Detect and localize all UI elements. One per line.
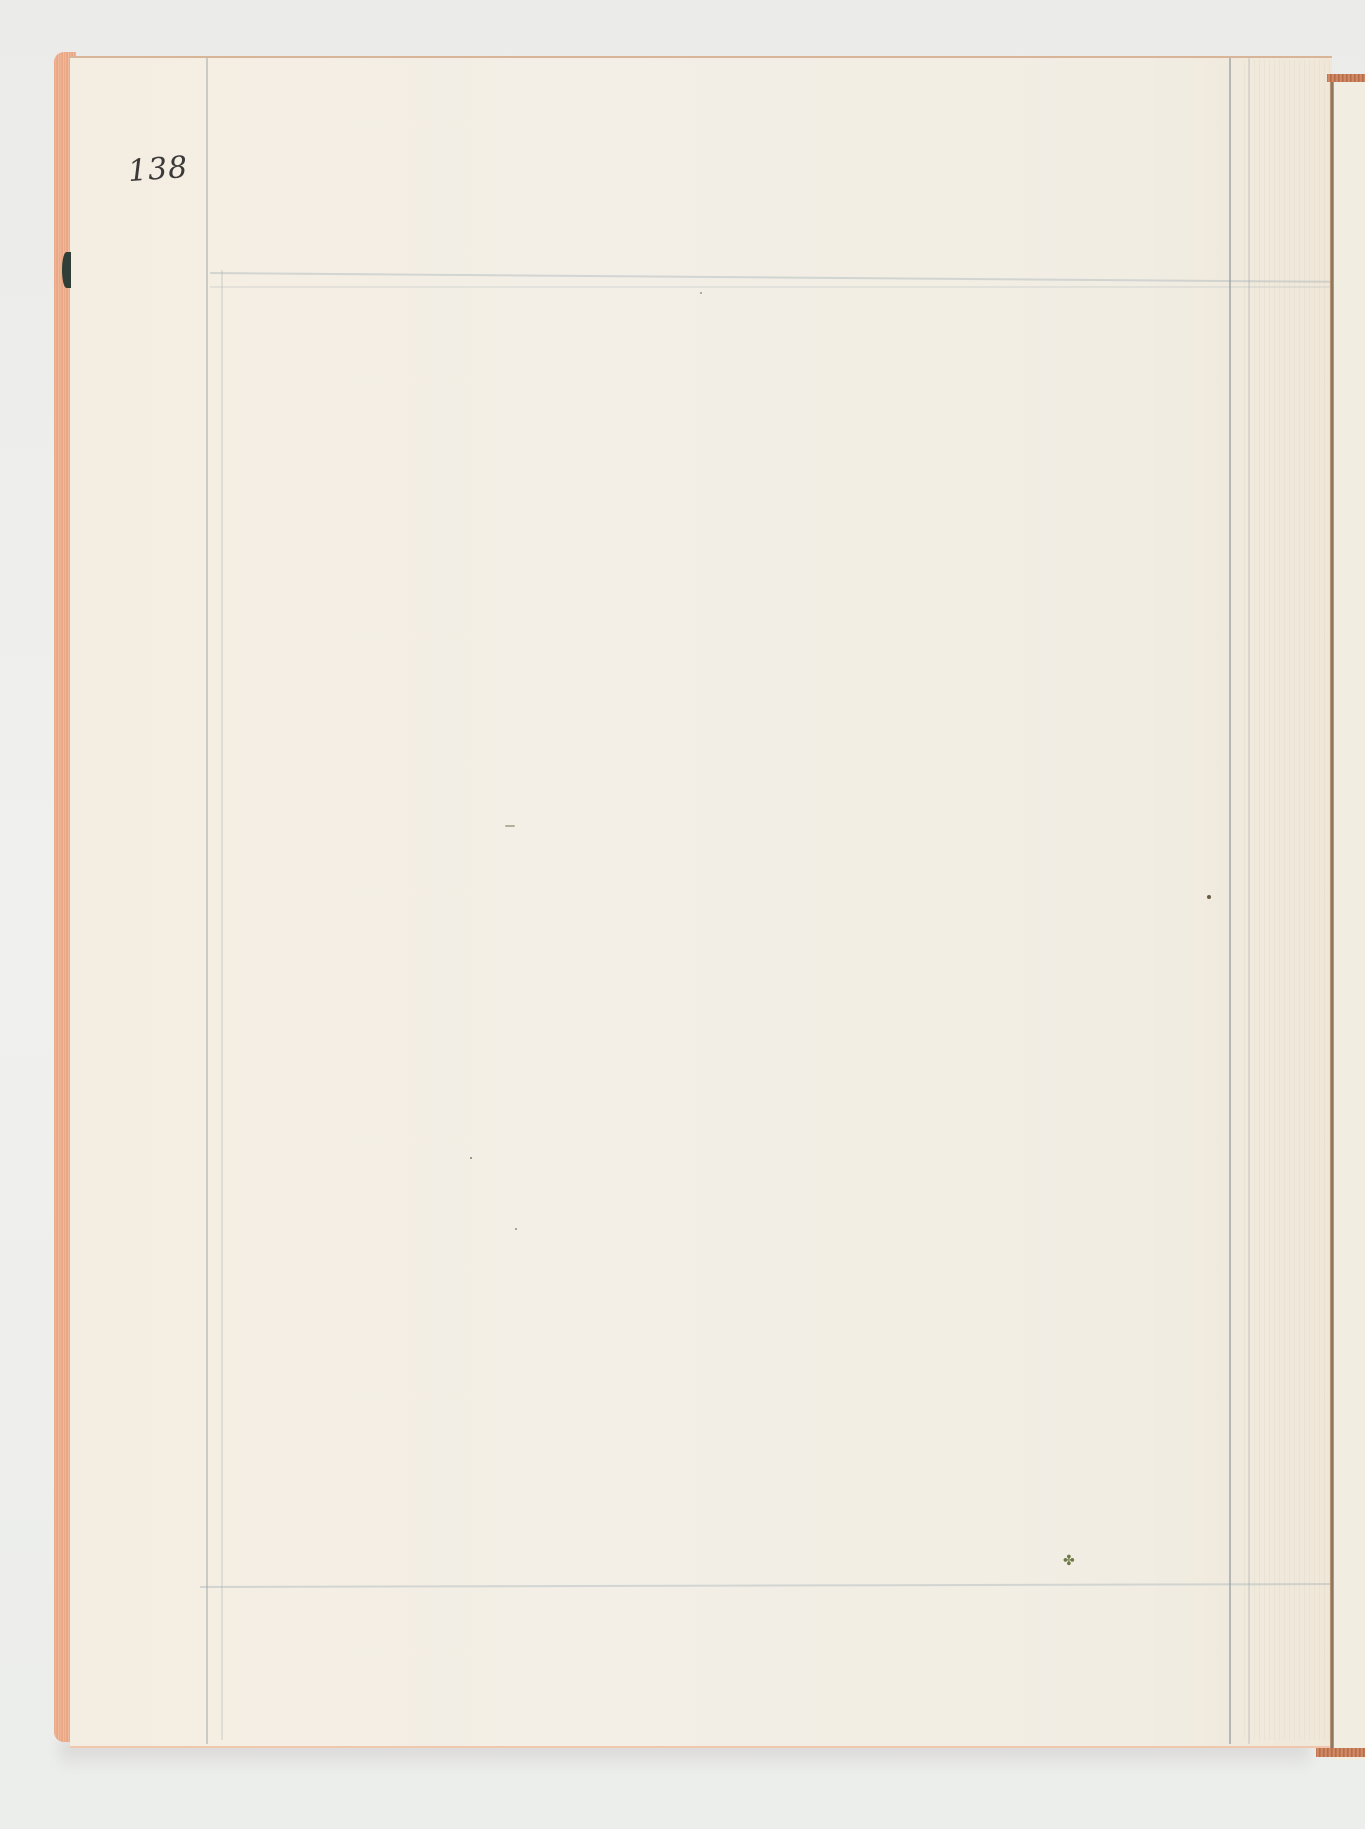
left-margin-rule-inner [221, 270, 223, 1740]
spine-fold [1330, 74, 1334, 1754]
bookmark-tab [62, 252, 71, 288]
paper-speck [700, 292, 702, 294]
facing-page-top-edge [1327, 74, 1365, 82]
facing-page-bottom-edge [1316, 1748, 1365, 1757]
page-number: 138 [127, 150, 190, 189]
notebook-page [70, 56, 1332, 1748]
paper-speck [1207, 895, 1211, 899]
paper-speck [515, 1228, 517, 1230]
paper-speck [505, 825, 515, 827]
facing-page-edge [1334, 80, 1365, 1760]
left-margin-rule [206, 58, 208, 1744]
top-rule-secondary [210, 286, 1330, 288]
paper-speck [470, 1157, 472, 1159]
right-margin-rule [1229, 58, 1231, 1744]
ink-blot: ✤ [1063, 1554, 1075, 1568]
gutter-page-lines [1240, 60, 1330, 1740]
